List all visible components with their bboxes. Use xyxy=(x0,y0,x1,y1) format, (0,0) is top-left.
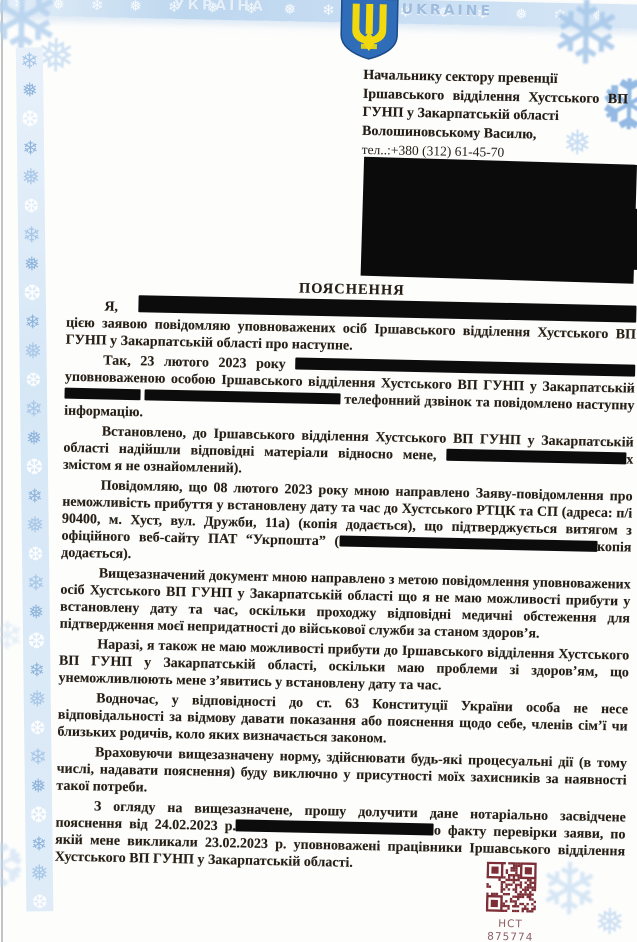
qr-stamp: НСТ 875774 xyxy=(482,862,540,942)
document-body: Я, цією заявою повідомляю уповноважених … xyxy=(55,294,637,881)
snowflake-icon: ❆ xyxy=(25,366,41,395)
snowflake-icon: ❅ xyxy=(24,337,43,366)
redaction-bar xyxy=(64,388,140,401)
snowflake-icon: ❄ xyxy=(22,134,38,163)
snowflake-icon: ❆ xyxy=(29,801,48,830)
snowflake-icon: ❆ xyxy=(27,627,46,656)
snowflake-icon: ❆ xyxy=(29,714,45,743)
recipient-address-block: Начальнику сектору превенціїІршавського … xyxy=(362,67,637,165)
snowflake-icon: ❅ xyxy=(28,685,47,714)
ukraina-watermark: УКРАЇНА xyxy=(174,0,266,15)
paragraph: Повідомляю, що 08 лютого 2023 року мною … xyxy=(61,477,633,574)
snowflake-icon: ❄ xyxy=(20,47,39,76)
snowflake-icon: ❄ xyxy=(24,395,43,424)
snowflake-icon: ❅ xyxy=(26,511,45,540)
scanned-document-page: ❄❅❄❅❄❅❄❅❄❅❄❅❄❅❄❅ УКРАЇНА UKRAINE ❄ ❅ ❄ ❆… xyxy=(0,0,637,942)
snowflake-icon: ❄ xyxy=(27,482,43,511)
snowflake-icon: ❅ xyxy=(26,424,42,453)
snowflake-icon: ❅ xyxy=(22,76,38,105)
paragraph: Водночас, у відповідності до ст. 63 Конс… xyxy=(57,690,628,753)
snowflake-icon: ❅ xyxy=(21,163,40,192)
qr-code xyxy=(486,862,537,913)
paragraph: Наразі, я також не маю можливості прибут… xyxy=(58,636,629,699)
snowflake-icon: ❄ xyxy=(25,308,41,337)
redaction-bar xyxy=(236,819,434,835)
decorative-top-band: ❄❅❄❅❄❅❄❅❄❅❄❅❄❅❄❅ УКРАЇНА UKRAINE xyxy=(3,0,637,29)
snowflake-icon: ❄ xyxy=(0,613,24,660)
snowflake-icon: ❆ xyxy=(25,453,44,482)
qr-label-line2: 875774 xyxy=(482,931,538,942)
snowflake-band: ❄❅❄❅❄❅❄❅❄❅❄❅❄❅❄❅ xyxy=(3,0,637,29)
paragraph: З огляду на вищезазначене, прошу долучит… xyxy=(55,798,626,878)
decorative-left-strip: ❄❅❆❄❅❆❄❅❆❄❅❆❄❅❆❄❅❆❄❅❆❄❅❆❄❅❆❄❅❆ xyxy=(16,47,54,911)
redaction-bar xyxy=(295,357,635,376)
document-sheet: ❄❅❄❅❄❅❄❅❄❅❄❅❄❅❄❅ УКРАЇНА UKRAINE ❄ ❅ ❄ ❆… xyxy=(0,0,637,942)
snowflake-icon: ❄ xyxy=(22,221,41,250)
paragraph: Встановлено, до Іршавського відділення Х… xyxy=(63,423,634,486)
snowflake-icon: ❆ xyxy=(23,279,42,308)
redaction-bar xyxy=(144,389,340,404)
snowflake-icon: ❅ xyxy=(28,598,44,627)
ukraine-watermark: UKRAINE xyxy=(402,2,494,20)
paragraph: Так, 23 лютого 2023 року уповноваженою о… xyxy=(64,352,635,432)
snowflake-icon: ❆ xyxy=(27,540,43,569)
qr-label-line1: НСТ xyxy=(482,918,538,931)
paragraph: Враховуючи вищезазначену норму, здійснюв… xyxy=(56,744,627,807)
redaction-block xyxy=(361,157,637,284)
snowflake-icon: ❄ xyxy=(31,830,47,859)
snowflake-icon: ❆ xyxy=(0,829,26,903)
snowflake-icon: ❆ xyxy=(21,105,40,134)
snowflake-icon: ❄ xyxy=(29,743,48,772)
coat-of-arms-trident xyxy=(338,0,401,61)
snowflake-icon: ❆ xyxy=(23,192,39,221)
snowflake-icon: ❆ xyxy=(32,888,48,911)
redaction-bar xyxy=(446,449,626,465)
snowflake-icon: ❅ xyxy=(30,859,49,888)
snowflake-icon: ❅ xyxy=(30,772,46,801)
snowflake-icon: ❄ xyxy=(29,656,45,685)
redaction-bar xyxy=(339,535,597,551)
snowflake-icon: ❅ xyxy=(24,250,40,279)
paragraph: Я, цією заявою повідомляю уповноважених … xyxy=(66,294,637,361)
snowflake-icon: ❅ xyxy=(594,902,625,942)
paragraph: Вищезазначений документ мною направлено … xyxy=(60,565,631,645)
snowflake-icon: ❄ xyxy=(26,569,45,598)
